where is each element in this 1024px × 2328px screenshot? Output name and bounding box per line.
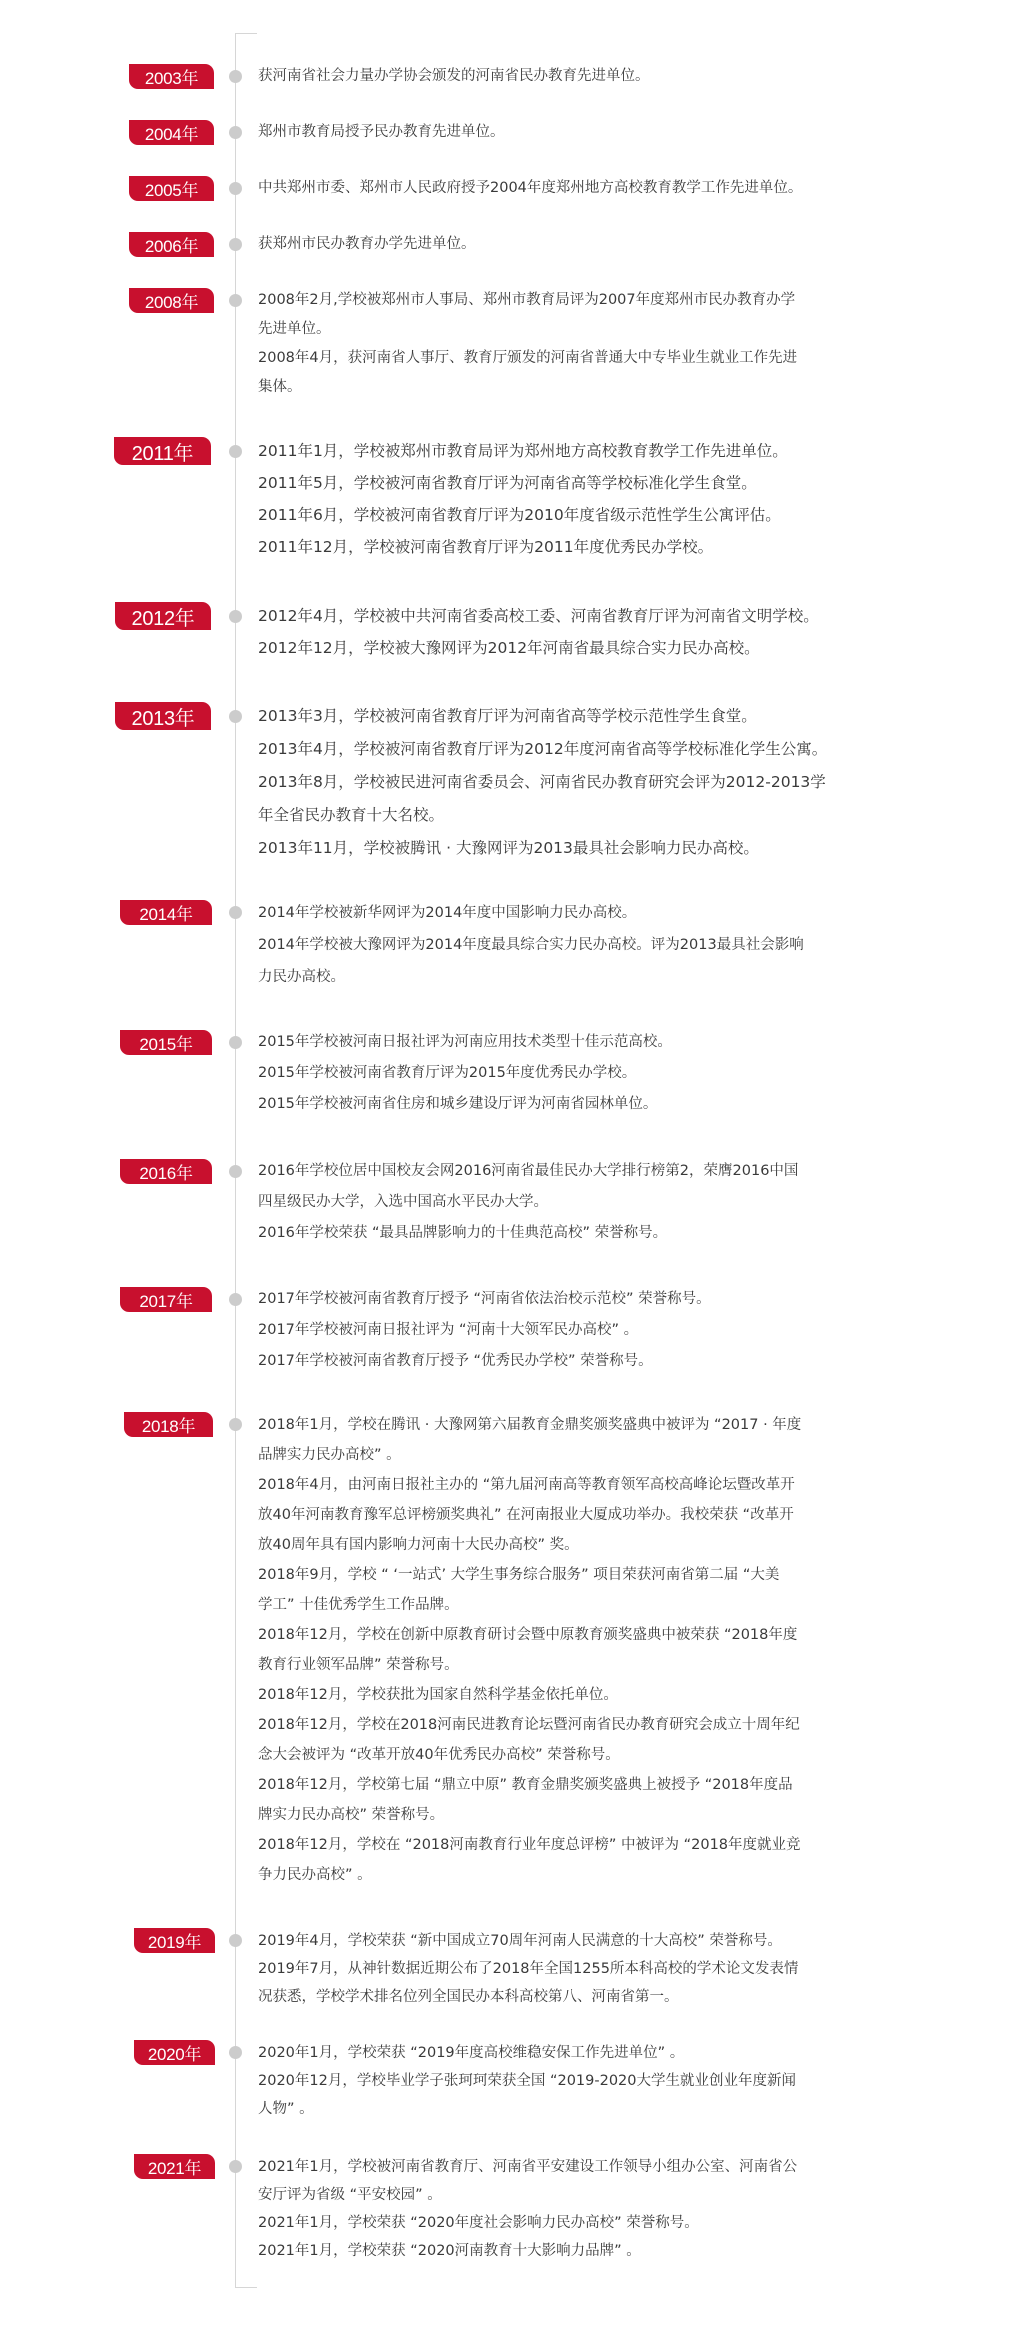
entry-line: 2011年1月，学校被郑州市教育局评为郑州地方高校教育教学工作先进单位。: [258, 435, 918, 467]
timeline-dot-icon: [229, 906, 242, 919]
entry-text: 郑州市教育局授予民办教育先进单位。: [258, 118, 918, 147]
timeline-dot-icon: [229, 294, 242, 307]
entry-line: 2018年12月，学校在创新中原教育研讨会暨中原教育颁奖盛典中被荣获 “2018…: [258, 1620, 918, 1650]
entry-line: 2018年12月，学校获批为国家自然科学基金依托单位。: [258, 1680, 918, 1710]
entry-line: 先进单位。: [258, 315, 918, 344]
entry-line: 牌实力民办高校” 荣誉称号。: [258, 1800, 918, 1830]
entry-line: 中共郑州市委、郑州市人民政府授予2004年度郑州地方高校教育教学工作先进单位。: [258, 174, 918, 203]
year-badge: 2017年: [120, 1287, 212, 1312]
timeline-dot-icon: [229, 238, 242, 251]
entry-line: 2018年4月，由河南日报社主办的 “第九届河南高等教育领军高校高峰论坛暨改革开: [258, 1470, 918, 1500]
year-badge: 2006年: [129, 232, 214, 257]
entry-text: 2017年学校被河南省教育厅授予 “河南省依法治校示范校” 荣誉称号。2017年…: [258, 1284, 918, 1377]
entry-line: 2017年学校被河南日报社评为 “河南十大领军民办高校” 。: [258, 1315, 918, 1346]
entry-line: 人物” 。: [258, 2095, 918, 2123]
entry-text: 2011年1月，学校被郑州市教育局评为郑州地方高校教育教学工作先进单位。2011…: [258, 435, 918, 563]
timeline-dot-icon: [229, 2046, 242, 2059]
entry-line: 四星级民办大学，入选中国高水平民办大学。: [258, 1187, 918, 1218]
timeline-dot-icon: [229, 1934, 242, 1947]
entry-line: 2018年12月，学校第七届 “鼎立中原” 教育金鼎奖颁奖盛典上被授予 “201…: [258, 1770, 918, 1800]
timeline-dot-icon: [229, 1293, 242, 1306]
entry-text: 2012年4月，学校被中共河南省委高校工委、河南省教育厅评为河南省文明学校。20…: [258, 600, 918, 664]
entry-line: 2008年2月,学校被郑州市人事局、郑州市教育局评为2007年度郑州市民办教育办…: [258, 286, 918, 315]
entry-text: 2016年学校位居中国校友会网2016河南省最佳民办大学排行榜第2，荣膺2016…: [258, 1156, 918, 1249]
entry-line: 2020年12月，学校毕业学子张珂珂荣获全国 “2019-2020大学生就业创业…: [258, 2067, 918, 2095]
entry-line: 2013年8月，学校被民进河南省委员会、河南省民办教育研究会评为2012-201…: [258, 766, 918, 799]
timeline-dot-icon: [229, 1036, 242, 1049]
entry-line: 2015年学校被河南省教育厅评为2015年度优秀民办学校。: [258, 1058, 918, 1089]
year-badge: 2013年: [115, 702, 211, 730]
entry-line: 力民办高校。: [258, 961, 918, 993]
timeline-axis-line: [235, 33, 236, 2287]
entry-line: 2013年3月，学校被河南省教育厅评为河南省高等学校示范性学生食堂。: [258, 700, 918, 733]
entry-line: 2012年4月，学校被中共河南省委高校工委、河南省教育厅评为河南省文明学校。: [258, 600, 918, 632]
entry-text: 2019年4月，学校荣获 “新中国成立70周年河南人民满意的十大高校” 荣誉称号…: [258, 1927, 918, 2011]
entry-line: 年全省民办教育十大名校。: [258, 799, 918, 832]
entry-line: 教育行业领军品牌” 荣誉称号。: [258, 1650, 918, 1680]
entry-line: 2021年1月，学校荣获 “2020河南教育十大影响力品牌” 。: [258, 2237, 918, 2265]
entry-text: 2014年学校被新华网评为2014年度中国影响力民办高校。2014年学校被大豫网…: [258, 897, 918, 993]
year-badge: 2019年: [134, 1928, 215, 1953]
year-badge: 2018年: [124, 1412, 213, 1437]
entry-line: 放40周年具有国内影响力河南十大民办高校” 奖。: [258, 1530, 918, 1560]
entry-line: 念大会被评为 “改革开放40年优秀民办高校” 荣誉称号。: [258, 1740, 918, 1770]
year-badge: 2008年: [129, 288, 214, 313]
year-badge: 2021年: [134, 2154, 215, 2179]
entry-line: 2019年7月，从神针数据近期公布了2018年全国1255所本科高校的学术论文发…: [258, 1955, 918, 1983]
entry-line: 2018年9月，学校 “ ‘一站式’ 大学生事务综合服务” 项目荣获河南省第二届…: [258, 1560, 918, 1590]
year-badge: 2011年: [114, 437, 211, 465]
year-badge: 2014年: [120, 900, 212, 925]
year-badge: 2016年: [120, 1159, 212, 1184]
year-badge: 2005年: [129, 176, 214, 201]
year-badge: 2020年: [134, 2040, 215, 2065]
entry-text: 2008年2月,学校被郑州市人事局、郑州市教育局评为2007年度郑州市民办教育办…: [258, 286, 918, 402]
entry-line: 2017年学校被河南省教育厅授予 “优秀民办学校” 荣誉称号。: [258, 1346, 918, 1377]
year-badge: 2015年: [120, 1030, 212, 1055]
entry-line: 2018年12月，学校在 “2018河南教育行业年度总评榜” 中被评为 “201…: [258, 1830, 918, 1860]
entry-line: 2013年4月，学校被河南省教育厅评为2012年度河南省高等学校标准化学生公寓。: [258, 733, 918, 766]
entry-line: 2013年11月，学校被腾讯 · 大豫网评为2013最具社会影响力民办高校。: [258, 832, 918, 865]
entry-text: 中共郑州市委、郑州市人民政府授予2004年度郑州地方高校教育教学工作先进单位。: [258, 174, 918, 203]
year-badge: 2003年: [129, 64, 214, 89]
timeline-top-cap: [235, 33, 257, 34]
entry-text: 获河南省社会力量办学协会颁发的河南省民办教育先进单位。: [258, 62, 918, 91]
entry-line: 集体。: [258, 373, 918, 402]
entry-line: 2008年4月，获河南省人事厅、教育厅颁发的河南省普通大中专毕业生就业工作先进: [258, 344, 918, 373]
entry-text: 2013年3月，学校被河南省教育厅评为河南省高等学校示范性学生食堂。2013年4…: [258, 700, 918, 865]
timeline-dot-icon: [229, 1165, 242, 1178]
year-badge: 2004年: [129, 120, 214, 145]
entry-line: 获郑州市民办教育办学先进单位。: [258, 230, 918, 259]
entry-line: 争力民办高校” 。: [258, 1860, 918, 1890]
entry-line: 安厅评为省级 “平安校园” 。: [258, 2181, 918, 2209]
entry-line: 2016年学校荣获 “最具品牌影响力的十佳典范高校” 荣誉称号。: [258, 1218, 918, 1249]
entry-line: 2018年12月，学校在2018河南民进教育论坛暨河南省民办教育研究会成立十周年…: [258, 1710, 918, 1740]
entry-line: 品牌实力民办高校” 。: [258, 1440, 918, 1470]
entry-text: 获郑州市民办教育办学先进单位。: [258, 230, 918, 259]
entry-line: 2021年1月，学校被河南省教育厅、河南省平安建设工作领导小组办公室、河南省公: [258, 2153, 918, 2181]
entry-line: 2014年学校被大豫网评为2014年度最具综合实力民办高校。评为2013最具社会…: [258, 929, 918, 961]
entry-line: 2019年4月，学校荣获 “新中国成立70周年河南人民满意的十大高校” 荣誉称号…: [258, 1927, 918, 1955]
timeline-dot-icon: [229, 70, 242, 83]
entry-line: 郑州市教育局授予民办教育先进单位。: [258, 118, 918, 147]
entry-line: 2011年6月，学校被河南省教育厅评为2010年度省级示范性学生公寓评估。: [258, 499, 918, 531]
timeline-dot-icon: [229, 710, 242, 723]
entry-line: 2018年1月，学校在腾讯 · 大豫网第六届教育金鼎奖颁奖盛典中被评为 “201…: [258, 1410, 918, 1440]
entry-line: 放40年河南教育豫军总评榜颁奖典礼” 在河南报业大厦成功举办。我校荣获 “改革开: [258, 1500, 918, 1530]
year-badge: 2012年: [115, 602, 211, 630]
entry-line: 2011年12月，学校被河南省教育厅评为2011年度优秀民办学校。: [258, 531, 918, 563]
entry-line: 2016年学校位居中国校友会网2016河南省最佳民办大学排行榜第2，荣膺2016…: [258, 1156, 918, 1187]
entry-text: 2020年1月，学校荣获 “2019年度高校维稳安保工作先进单位” 。2020年…: [258, 2039, 918, 2123]
entry-line: 2015年学校被河南省住房和城乡建设厅评为河南省园林单位。: [258, 1089, 918, 1120]
entry-line: 2012年12月，学校被大豫网评为2012年河南省最具综合实力民办高校。: [258, 632, 918, 664]
entry-line: 2020年1月，学校荣获 “2019年度高校维稳安保工作先进单位” 。: [258, 2039, 918, 2067]
entry-line: 学工” 十佳优秀学生工作品牌。: [258, 1590, 918, 1620]
entry-text: 2015年学校被河南日报社评为河南应用技术类型十佳示范高校。2015年学校被河南…: [258, 1027, 918, 1120]
entry-text: 2021年1月，学校被河南省教育厅、河南省平安建设工作领导小组办公室、河南省公安…: [258, 2153, 918, 2265]
entry-line: 况获悉，学校学术排名位列全国民办本科高校第八、河南省第一。: [258, 1983, 918, 2011]
entry-line: 获河南省社会力量办学协会颁发的河南省民办教育先进单位。: [258, 62, 918, 91]
timeline-dot-icon: [229, 126, 242, 139]
timeline-dot-icon: [229, 1418, 242, 1431]
timeline-dot-icon: [229, 182, 242, 195]
timeline-dot-icon: [229, 610, 242, 623]
entry-line: 2015年学校被河南日报社评为河南应用技术类型十佳示范高校。: [258, 1027, 918, 1058]
entry-line: 2014年学校被新华网评为2014年度中国影响力民办高校。: [258, 897, 918, 929]
entry-line: 2021年1月，学校荣获 “2020年度社会影响力民办高校” 荣誉称号。: [258, 2209, 918, 2237]
entry-line: 2017年学校被河南省教育厅授予 “河南省依法治校示范校” 荣誉称号。: [258, 1284, 918, 1315]
timeline-bottom-cap: [235, 2287, 257, 2288]
entry-line: 2011年5月，学校被河南省教育厅评为河南省高等学校标准化学生食堂。: [258, 467, 918, 499]
timeline-dot-icon: [229, 445, 242, 458]
entry-text: 2018年1月，学校在腾讯 · 大豫网第六届教育金鼎奖颁奖盛典中被评为 “201…: [258, 1410, 918, 1890]
timeline-dot-icon: [229, 2160, 242, 2173]
